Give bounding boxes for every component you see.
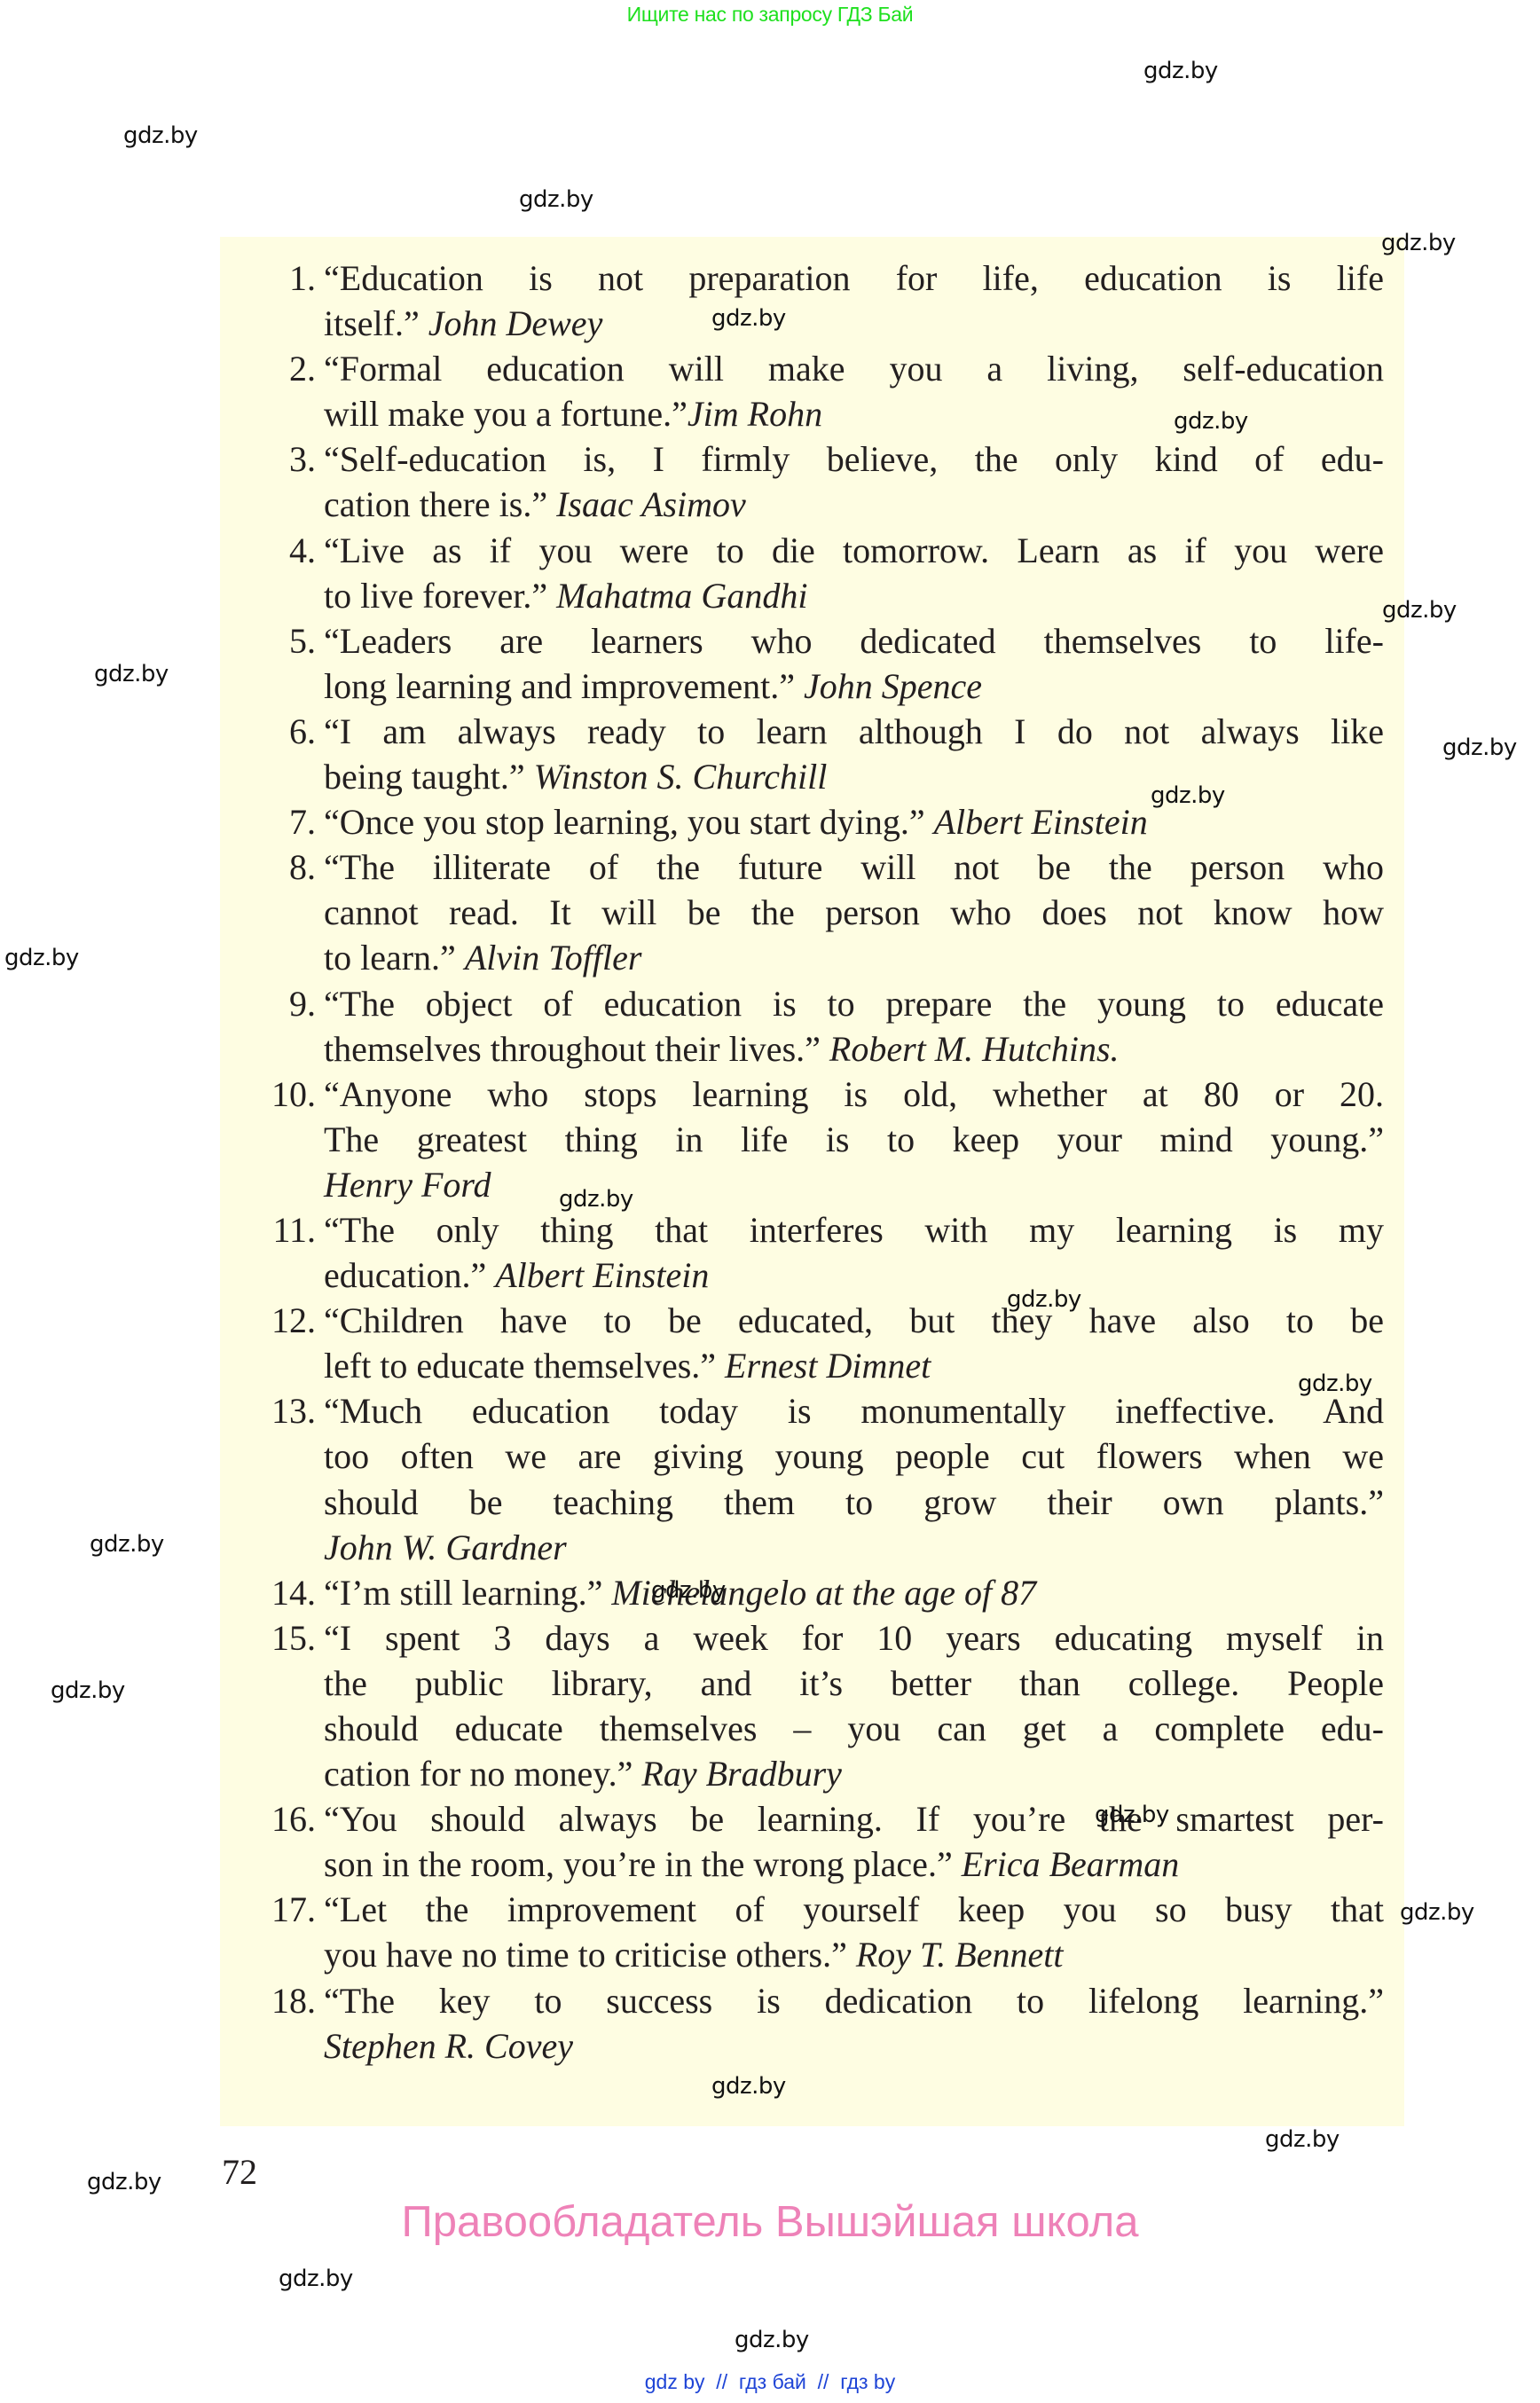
quote-text: themselves throughout their lives.” [324, 1029, 829, 1069]
quote-text: “Children have to be educated, but they … [324, 1300, 1384, 1340]
quote-line: left to educate themselves.” Ernest Dimn… [324, 1343, 1384, 1388]
quote-line: “I spent 3 days a week for 10 years educ… [324, 1615, 1384, 1661]
quote-line: “Let the improvement of yourself keep yo… [324, 1887, 1384, 1932]
quote-text: “You should always be learning. If you’r… [324, 1799, 1384, 1839]
quote-author: Mahatma Gandhi [556, 576, 807, 616]
watermark-text: gdz.by [1095, 1801, 1169, 1829]
quote-text: “The illiterate of the future will not b… [324, 847, 1384, 887]
quote-item: 11.“The only thing that interferes with … [220, 1207, 1404, 1298]
watermark-text: gdz.by [1381, 229, 1456, 257]
quote-number: 18. [220, 1978, 316, 2023]
quote-text: “I’m still learning.” [324, 1573, 611, 1613]
quote-text: long learning and improvement.” [324, 666, 804, 706]
watermark-text: gdz.by [94, 660, 169, 688]
quote-line: to live forever.” Mahatma Gandhi [324, 573, 1384, 618]
quote-author: John W. Gardner [324, 1527, 567, 1567]
quote-author: Winston S. Churchill [534, 757, 828, 797]
quote-list: 1.“Education is not preparation for life… [220, 255, 1404, 2069]
quote-item: 8.“The illiterate of the future will not… [220, 844, 1404, 980]
quote-author: Albert Einstein [934, 802, 1148, 842]
watermark-text: gdz.by [1400, 1898, 1474, 1927]
quote-number: 10. [220, 1072, 316, 1117]
quote-item: 12.“Children have to be educated, but th… [220, 1298, 1404, 1388]
quote-number: 17. [220, 1887, 316, 1932]
quote-number: 13. [220, 1388, 316, 1433]
watermark-text: gdz.by [711, 304, 786, 333]
quote-line: should educate themselves – you can get … [324, 1706, 1384, 1751]
quote-line: “Formal education will make you a living… [324, 346, 1384, 391]
quote-text: “Once you stop learning, you start dying… [324, 802, 934, 842]
quote-item: 13.“Much education today is monumentally… [220, 1388, 1404, 1569]
quote-item: 14.“I’m still learning.” Michelangelo at… [220, 1570, 1404, 1615]
quote-author: Robert M. Hutchins. [829, 1029, 1120, 1069]
quote-item: 5.“Leaders are learners who dedicated th… [220, 618, 1404, 709]
quote-text: “Formal education will make you a living… [324, 349, 1384, 389]
watermark-text: gdz.by [1174, 407, 1248, 436]
quote-author: Roy T. Bennett [856, 1935, 1064, 1975]
quote-item: 1.“Education is not preparation for life… [220, 255, 1404, 346]
quote-line: education.” Albert Einstein [324, 1253, 1384, 1298]
quote-line: The greatest thing in life is to keep yo… [324, 1117, 1384, 1162]
quote-text: should be teaching them to grow their ow… [324, 1482, 1384, 1522]
quote-line: “The object of education is to prepare t… [324, 981, 1384, 1026]
quote-text: will make you a fortune.” [324, 394, 687, 434]
quote-text: “The only thing that interferes with my … [324, 1210, 1384, 1250]
quote-line: “I’m still learning.” Michelangelo at th… [324, 1570, 1384, 1615]
quote-number: 14. [220, 1570, 316, 1615]
quote-item: 7.“Once you stop learning, you start dyi… [220, 799, 1404, 844]
quote-author: Alvin Toffler [465, 938, 642, 978]
quote-line: “I am always ready to learn although I d… [324, 709, 1384, 754]
search-banner: Ищите нас по запросу ГДЗ Бай [0, 3, 1540, 27]
quote-text: cation for no money.” [324, 1754, 641, 1794]
quote-item: 18.“The key to success is dedication to … [220, 1978, 1404, 2069]
quote-number: 2. [220, 346, 316, 391]
watermark-text: gdz.by [4, 944, 79, 972]
quote-item: 3.“Self-education is, I firmly believe, … [220, 436, 1404, 527]
quote-number: 12. [220, 1298, 316, 1343]
quote-author: Ray Bradbury [641, 1754, 842, 1794]
watermark-text: gdz.by [519, 185, 593, 214]
watermark-text: gdz.by [1151, 781, 1225, 810]
quote-number: 3. [220, 436, 316, 482]
quote-text: “Education is not preparation for life, … [324, 258, 1384, 298]
quote-line: Stephen R. Covey [324, 2023, 1384, 2069]
watermark-text: gdz.by [51, 1677, 125, 1705]
watermark-text: gdz.by [1442, 734, 1517, 762]
quote-line: themselves throughout their lives.” Robe… [324, 1026, 1384, 1072]
quote-author: Albert Einstein [495, 1255, 709, 1295]
quote-line: “The illiterate of the future will not b… [324, 844, 1384, 890]
quote-number: 16. [220, 1796, 316, 1842]
quote-line: son in the room, you’re in the wrong pla… [324, 1842, 1384, 1887]
quote-text: “Live as if you were to die tomorrow. Le… [324, 530, 1384, 570]
quote-item: 16.“You should always be learning. If yo… [220, 1796, 1404, 1887]
quote-line: to learn.” Alvin Toffler [324, 935, 1384, 980]
quote-number: 4. [220, 528, 316, 573]
quote-author: Isaac Asimov [556, 484, 746, 524]
quote-item: 17.“Let the improvement of yourself keep… [220, 1887, 1404, 1977]
watermark-text: gdz.by [1007, 1285, 1081, 1314]
quote-text: “The object of education is to prepare t… [324, 984, 1384, 1024]
quote-line: “Leaders are learners who dedicated them… [324, 618, 1384, 664]
quote-text: should educate themselves – you can get … [324, 1708, 1384, 1748]
quote-line: long learning and improvement.” John Spe… [324, 664, 1384, 709]
quote-author: Jim Rohn [687, 394, 822, 434]
quote-line: “Education is not preparation for life, … [324, 255, 1384, 301]
quote-text: son in the room, you’re in the wrong pla… [324, 1844, 962, 1884]
quote-text: cannot read. It will be the person who d… [324, 892, 1384, 932]
quote-author: John Dewey [428, 303, 603, 343]
quote-line: “The only thing that interferes with my … [324, 1207, 1384, 1253]
quote-line: “You should always be learning. If you’r… [324, 1796, 1384, 1842]
quote-text: left to educate themselves.” [324, 1346, 725, 1386]
quote-number: 7. [220, 799, 316, 844]
page-number: 72 [222, 2153, 257, 2192]
quote-line: you have no time to criticise others.” R… [324, 1932, 1384, 1977]
footer-links[interactable]: gdz by // гдз бай // гдз by [0, 2370, 1540, 2394]
quote-text: to learn.” [324, 938, 465, 978]
watermark-text: gdz.by [90, 1530, 164, 1559]
quote-item: 4.“Live as if you were to die tomorrow. … [220, 528, 1404, 618]
quote-line: should be teaching them to grow their ow… [324, 1480, 1384, 1525]
quote-item: 6.“I am always ready to learn although I… [220, 709, 1404, 799]
quote-line: cation there is.” Isaac Asimov [324, 482, 1384, 527]
quote-text: “I spent 3 days a week for 10 years educ… [324, 1618, 1384, 1658]
quote-number: 15. [220, 1615, 316, 1661]
quote-author: John Spence [804, 666, 982, 706]
quote-text: too often we are giving young people cut… [324, 1436, 1384, 1476]
quote-number: 11. [220, 1207, 316, 1253]
watermark-text: gdz.by [1382, 596, 1457, 624]
quote-line: “Self-education is, I firmly believe, th… [324, 436, 1384, 482]
watermark-text: gdz.by [711, 2072, 786, 2101]
quote-line: “Children have to be educated, but they … [324, 1298, 1384, 1343]
quote-line: “Much education today is monumentally in… [324, 1388, 1384, 1433]
watermark-text: gdz.by [87, 2168, 161, 2196]
quote-text: “Leaders are learners who dedicated them… [324, 621, 1384, 661]
watermark-text: gdz.by [1298, 1370, 1372, 1398]
quote-text: “I am always ready to learn although I d… [324, 711, 1384, 751]
quote-item: 10.“Anyone who stops learning is old, wh… [220, 1072, 1404, 1207]
quote-author: Henry Ford [324, 1165, 491, 1205]
quote-number: 5. [220, 618, 316, 664]
quote-line: itself.” John Dewey [324, 301, 1384, 346]
quote-number: 9. [220, 981, 316, 1026]
quote-line: too often we are giving young people cut… [324, 1433, 1384, 1479]
quote-line: cannot read. It will be the person who d… [324, 890, 1384, 935]
quote-text: being taught.” [324, 757, 534, 797]
quote-number: 1. [220, 255, 316, 301]
quote-text: “Self-education is, I firmly believe, th… [324, 439, 1384, 479]
watermark-text: gdz.by [651, 1576, 726, 1605]
quote-text: The greatest thing in life is to keep yo… [324, 1119, 1384, 1159]
quote-text: “Much education today is monumentally in… [324, 1391, 1384, 1431]
watermark-text: gdz.by [123, 122, 198, 150]
quote-text: you have no time to criticise others.” [324, 1935, 856, 1975]
quote-text: education.” [324, 1255, 495, 1295]
quote-line: “The key to success is dedication to lif… [324, 1978, 1384, 2023]
quote-number: 6. [220, 709, 316, 754]
quote-author: Erica Bearman [962, 1844, 1180, 1884]
quote-line: “Live as if you were to die tomorrow. Le… [324, 528, 1384, 573]
rights-holder-notice: Правообладатель Вышэйшая школа [0, 2197, 1540, 2247]
watermark-text: gdz.by [559, 1185, 633, 1213]
quote-item: 9.“The object of education is to prepare… [220, 981, 1404, 1072]
watermark-text: gdz.by [1265, 2125, 1340, 2154]
quote-author: Ernest Dimnet [725, 1346, 931, 1386]
quote-text: “Let the improvement of yourself keep yo… [324, 1889, 1384, 1929]
watermark-text: gdz.by [735, 2326, 809, 2354]
quote-text: “The key to success is dedication to lif… [324, 1981, 1384, 2021]
quote-text: “Anyone who stops learning is old, wheth… [324, 1074, 1384, 1114]
quote-text: the public library, and it’s better than… [324, 1663, 1384, 1703]
quote-item: 15.“I spent 3 days a week for 10 years e… [220, 1615, 1404, 1796]
watermark-text: gdz.by [1143, 57, 1218, 85]
quote-line: the public library, and it’s better than… [324, 1661, 1384, 1706]
quote-text: itself.” [324, 303, 428, 343]
quote-text: to live forever.” [324, 576, 556, 616]
quote-line: Henry Ford [324, 1162, 1384, 1207]
quote-line: John W. Gardner [324, 1525, 1384, 1570]
quote-author: Stephen R. Covey [324, 2026, 573, 2066]
watermark-text: gdz.by [279, 2265, 353, 2293]
quote-line: “Anyone who stops learning is old, wheth… [324, 1072, 1384, 1117]
quote-text: cation there is.” [324, 484, 556, 524]
quote-number: 8. [220, 844, 316, 890]
quote-line: cation for no money.” Ray Bradbury [324, 1751, 1384, 1796]
